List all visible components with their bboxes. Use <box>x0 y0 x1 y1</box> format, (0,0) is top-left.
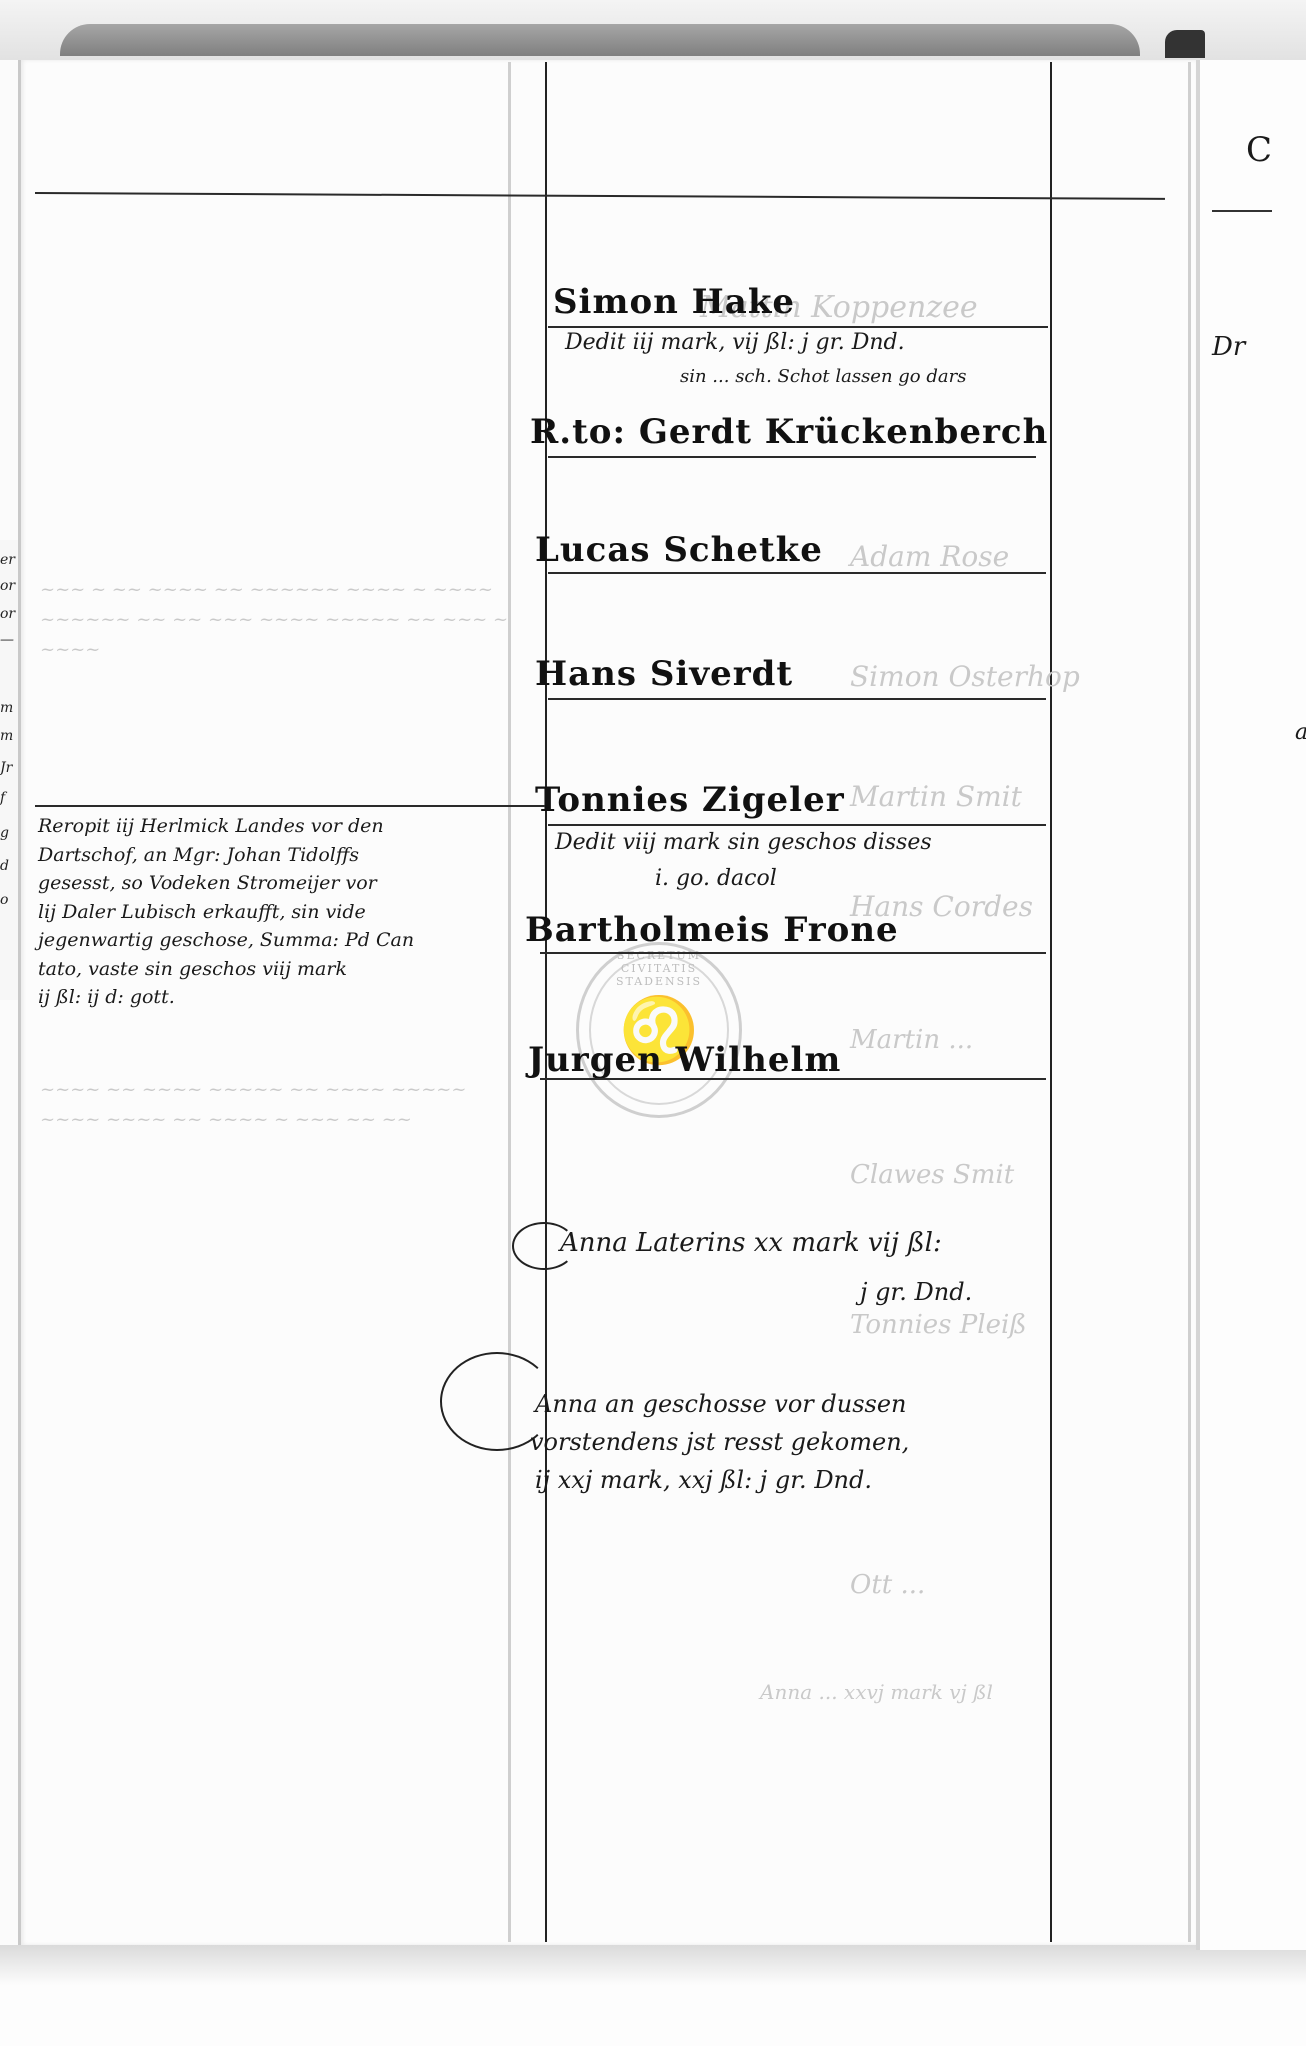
entry-name: Hans Siverdt <box>535 654 793 694</box>
entry-name: R.to: Gerdt Krückenberch <box>530 412 1048 452</box>
bleed-through-text: Simon Osterhop <box>850 660 1080 693</box>
entry-name: Lucas Schetke <box>535 530 823 570</box>
seal-legend: SECRETUM CIVITATIS STADENSIS <box>579 949 739 988</box>
edge-fragment: or <box>0 606 15 622</box>
entry-name: Tonnies Zigeler <box>535 780 845 820</box>
edge-fragment: — <box>0 632 14 648</box>
next-page-edge: C Dr a <box>1196 60 1306 1950</box>
entry-rule <box>540 952 1046 954</box>
left-column-rule <box>545 62 547 1942</box>
entry-note: i. go. dacol <box>655 866 777 891</box>
entry-note: Dedit iij mark, vij ßl: j gr. Dnd. <box>565 330 905 355</box>
edge-fragment: g <box>0 825 9 841</box>
bleed-through-text: Martin Smit <box>850 780 1022 813</box>
entry-name: Bartholmeis Frone <box>525 910 899 950</box>
entry-name: Jurgen Wilhelm <box>528 1040 841 1080</box>
margin-note-line: lij Daler Lubisch erkaufft, sin vide <box>38 898 538 927</box>
book-binding-edge <box>60 24 1140 56</box>
bleed-through-text: Anna ... xxvj mark vj ßl <box>760 1680 993 1704</box>
edge-fragment: m <box>0 728 13 744</box>
entry-note: sin ... sch. Schot lassen go dars <box>680 366 966 387</box>
margin-note-line: tato, vaste sin geschos viij mark <box>38 955 538 984</box>
margin-note-line: jegenwartig geschose, Summa: Pd Can <box>38 926 538 955</box>
edge-fragment: m <box>0 700 13 716</box>
right-page-fragment: C <box>1246 130 1272 170</box>
margin-note-line: gesesst, so Vodeken Stromeijer vor <box>38 869 538 898</box>
loose-entry-line: ij xxj mark, xxj ßl: j gr. Dnd. <box>535 1466 872 1494</box>
edge-fragment: Jr <box>0 760 12 776</box>
margin-note-rule <box>35 805 545 807</box>
margin-note-line: Reropit iij Herlmick Landes vor den <box>38 812 538 841</box>
entry-rule <box>548 572 1046 574</box>
right-page-rule <box>1212 210 1272 212</box>
loose-entry-line: vorstendens jst resst gekomen, <box>530 1428 909 1456</box>
archive-seal-stamp: SECRETUM CIVITATIS STADENSIS ♌ <box>576 942 742 1118</box>
entry-note: Dedit viij mark sin geschos disses <box>555 830 932 855</box>
bleed-through-text: Tonnies Pleiß <box>850 1310 1027 1340</box>
entry-rule <box>548 456 1036 458</box>
margin-note: Reropit iij Herlmick Landes vor den Dart… <box>38 812 538 1012</box>
bleed-through-text: Martin ... <box>850 1025 973 1055</box>
entry-rule <box>548 824 1046 826</box>
entry-name: Simon Hake <box>553 282 795 322</box>
bleed-through-text: Adam Rose <box>850 540 1009 573</box>
loose-entry-line: Anna Laterins xx mark vij ßl: <box>560 1228 942 1258</box>
edge-fragment: o <box>0 892 8 908</box>
bleed-through-block: ~~~~ ~~ ~~~~ ~~~~~ ~~ ~~~~ ~~~~~ ~~~~ ~~… <box>40 1075 510 1135</box>
entry-rule <box>548 326 1048 328</box>
page-edge-rule <box>1188 62 1191 1942</box>
bleed-through-text: Clawes Smit <box>850 1160 1014 1190</box>
margin-note-line: Dartschof, an Mgr: Johan Tidolffs <box>38 841 538 870</box>
edge-fragment: er <box>0 552 15 568</box>
loose-entry-line: Anna an geschosse vor dussen <box>535 1390 907 1418</box>
edge-fragment: d <box>0 858 9 874</box>
previous-leaf-edge: er or or — m m Jr f g d o <box>0 540 20 1000</box>
right-page-fragment: a <box>1295 720 1306 745</box>
entry-rule <box>540 1078 1046 1080</box>
edge-fragment: or <box>0 578 15 594</box>
right-column-rule <box>1050 62 1052 1942</box>
loose-entry-line: j gr. Dnd. <box>860 1278 972 1306</box>
scanner-backdrop-bottom <box>0 1945 1306 2046</box>
edge-fragment: f <box>0 790 5 806</box>
entry-rule <box>548 698 1046 700</box>
right-page-fragment: Dr <box>1212 332 1245 362</box>
bleed-through-block: ~~~ ~ ~~ ~~~~ ~~ ~~~~~~ ~~~~ ~ ~~~~ ~~~~… <box>40 575 510 665</box>
bleed-through-text: Ott ... <box>850 1570 925 1600</box>
page-clip <box>1165 30 1205 58</box>
margin-note-line: ij ßl: ij d: gott. <box>38 983 538 1012</box>
